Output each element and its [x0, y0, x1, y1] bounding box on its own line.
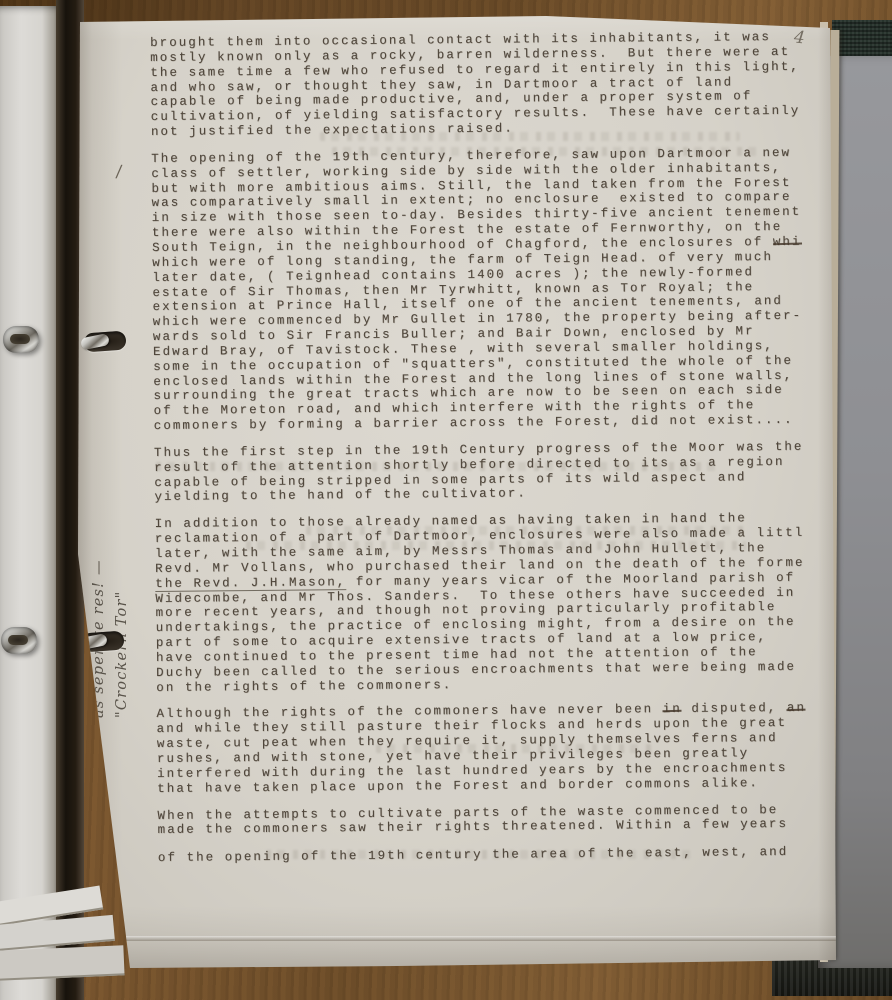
- typescript-page: 4 / as seperate res! — "Crockern Tor" br…: [76, 14, 838, 970]
- binder-hole-bottom: [81, 631, 124, 653]
- paragraph: When the attempts to cultivate parts of …: [157, 802, 841, 838]
- paragraph: of the opening of the 19th century the a…: [158, 845, 842, 866]
- desk-surface: { "colors":{ "paper":"#d6d2c9","ink":"#4…: [0, 0, 892, 1000]
- margin-note: as seperate res! — "Crockern Tor": [88, 482, 134, 718]
- margin-note-line: as seperate res! —: [88, 482, 111, 718]
- struck-text: an: [787, 701, 806, 715]
- struck-text: in: [663, 702, 682, 716]
- page-fold-crease: [76, 936, 838, 941]
- paragraph: In addition to those already named as ha…: [155, 511, 841, 696]
- text-line: of the opening of the 19th century the a…: [158, 845, 842, 866]
- struck-text: whi: [773, 235, 802, 249]
- margin-note-line: "Crockern Tor": [111, 482, 134, 718]
- paragraph: Although the rights of the commoners hav…: [156, 701, 841, 797]
- binder-fastener-bottom-left: [1, 627, 37, 654]
- paragraph: brought them into occasional contact wit…: [150, 29, 835, 139]
- binder-hole-top: [83, 331, 126, 353]
- typed-text: brought them into occasional contact wit…: [150, 29, 842, 878]
- page-edge: [0, 945, 125, 981]
- paragraph: Thus the first step in the 19th Century …: [154, 439, 839, 505]
- pencil-tick-mark: /: [115, 162, 123, 182]
- paragraph: The opening of the 19th century, therefo…: [151, 145, 838, 434]
- page-stack-edges: [0, 890, 150, 1000]
- turned-page-stack: [0, 6, 60, 1000]
- binder-fastener-top-right: [80, 333, 110, 350]
- binder-fastener-top-left: [3, 326, 39, 353]
